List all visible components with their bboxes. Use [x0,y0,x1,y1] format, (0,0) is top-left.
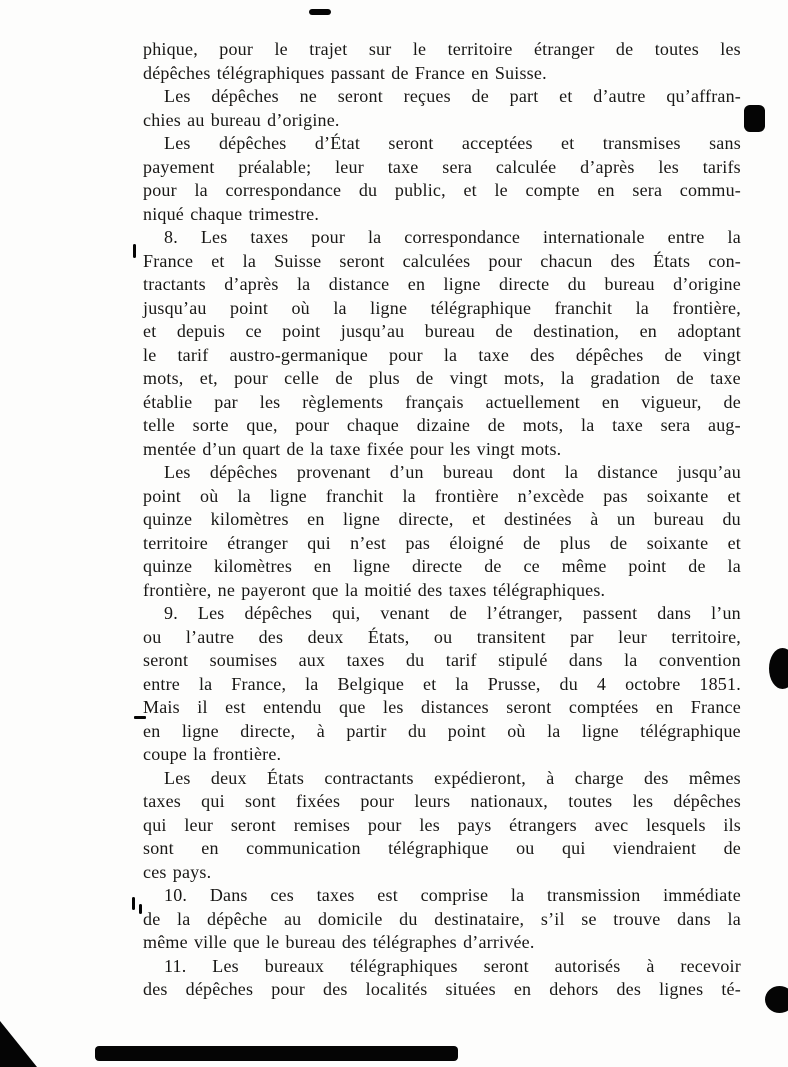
text-line: pointoùlalignefranchitlafrontièren’excèd… [143,485,741,509]
text-line: établieparlesrèglementsfrançaisactuellem… [143,391,741,415]
text-line: enlignedirecte,àpartirdupointoùlaligneté… [143,720,741,744]
bottom-left-corner-wedge [0,1021,37,1067]
text-line: 9.Lesdépêchesqui,venantdel’étranger,pass… [143,602,741,626]
right-edge-ink-blot [769,648,788,689]
text-line: ces pays. [143,861,741,885]
text-line: etdepuiscepointjusqu’aubureaudedestinati… [143,320,741,344]
text-line: LesdeuxÉtatscontractantsexpédieront,àcha… [143,767,741,791]
text-line: desdépêchespourdeslocalitéssituéesendeho… [143,978,741,1002]
top-right-ink-blot [744,105,765,132]
text-line: niqué chaque trimestre. [143,203,741,227]
text-line: chies au bureau d’origine. [143,109,741,133]
text-line: coupe la frontière. [143,743,741,767]
scanned-page: phique,pourletrajetsurleterritoireétrang… [0,0,788,1067]
top-dash-mark [309,9,331,15]
text-line: 11.Lesbureauxtélégraphiquesserontautoris… [143,955,741,979]
text-line: deladépêcheaudomiciledudestinataire,s’il… [143,908,741,932]
mais-underline-speck [134,716,146,719]
text-line: serontsoumisesauxtaxesdutarifstipulédans… [143,649,741,673]
text-line: dépêches télégraphiques passant de Franc… [143,62,741,86]
bottom-black-bar [95,1046,458,1061]
text-line: Lesdépêchesneserontreçuesdepartetd’autre… [143,85,741,109]
text-line: Lesdépêchesd’Étatserontacceptéesettransm… [143,132,741,156]
text-line: phique,pourletrajetsurleterritoireétrang… [143,38,741,62]
text-line: frontière, ne payeront que la moitié des… [143,579,741,603]
text-line: 8.Lestaxespourlacorrespondanceinternatio… [143,226,741,250]
text-line: Maisilestentenduquelesdistancesserontcom… [143,696,741,720]
text-line: FranceetlaSuisseserontcalculéespourchacu… [143,250,741,274]
text-line: taxesquisontfixéespourleursnationaux,tou… [143,790,741,814]
text-line: letarifaustro-germaniquepourlataxedesdép… [143,344,741,368]
page-text-block: phique,pourletrajetsurleterritoireétrang… [143,38,741,1002]
text-line: territoireétrangerquin’estpaséloignédepl… [143,532,741,556]
text-line: tractantsd’aprèsladistanceenlignedirecte… [143,273,741,297]
text-line: entrelaFrance,laBelgiqueetlaPrusse,du4oc… [143,673,741,697]
text-line: oul’autredesdeuxÉtats,outransitentparleu… [143,626,741,650]
text-line: même ville que le bureau des télégraphes… [143,931,741,955]
text-line: tellesorteque,pourchaquedizainedemots,la… [143,414,741,438]
text-line: mots,et,pourcelledeplusdevingtmots,lagra… [143,367,741,391]
left-margin-tick [133,244,136,258]
text-line: quinzekilomètresenlignedirecte,etdestiné… [143,508,741,532]
bottom-right-ink-blot [765,986,788,1013]
text-line: pourlacorrespondancedupublic,etlecomptee… [143,179,741,203]
text-line: quinzekilomètresenlignedirectedecemêmepo… [143,555,741,579]
text-line: 10.Danscestaxesestcompriselatransmission… [143,884,741,908]
left-tick-pair-b [139,904,142,914]
text-line: jusqu’aupointoùlalignetélégraphiquefranc… [143,297,741,321]
text-line: sontencommunicationtélégraphiqueouquivie… [143,837,741,861]
text-line: quileurserontremisespourlespaysétrangers… [143,814,741,838]
text-line: mentée d’un quart de la taxe fixée pour … [143,438,741,462]
left-tick-pair-a [132,897,135,910]
text-line: Lesdépêchesprovenantd’unbureaudontladist… [143,461,741,485]
text-line: payementpréalable;leurtaxeseracalculéed’… [143,156,741,180]
